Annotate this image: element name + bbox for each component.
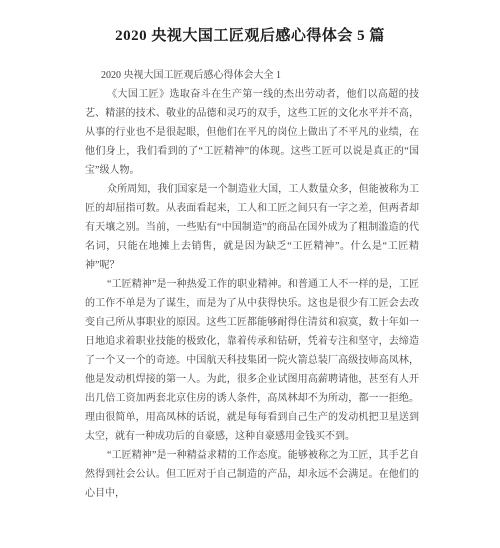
paragraph-3: “工匠精神”是一种热爱工作的职业精神。和普通工人不一样的是，工匠的工作不单是为了… — [85, 275, 419, 446]
document-body: 2020 央视大国工匠观后感心得体会大全 1 《大国工匠》选取奋斗在生产第一线的… — [85, 66, 419, 503]
document-title: 2020 央视大国工匠观后感心得体会 5 篇 — [0, 0, 500, 45]
paragraph-4: “工匠精神”是一种精益求精的工作态度。能够被称之为工匠，其手艺自然得到社会公认。… — [85, 446, 419, 503]
paragraph-2: 众所周知，我们国家是一个制造业大国，工人数量众多，但能被称为工匠的却屈指可数。从… — [85, 180, 419, 275]
paragraph-1: 《大国工匠》选取奋斗在生产第一线的杰出劳动者，他们以高超的技艺、精湛的技术、敬业… — [85, 85, 419, 180]
document-subtitle: 2020 央视大国工匠观后感心得体会大全 1 — [85, 66, 419, 85]
document-page: 2020 央视大国工匠观后感心得体会 5 篇 2020 央视大国工匠观后感心得体… — [0, 0, 500, 548]
